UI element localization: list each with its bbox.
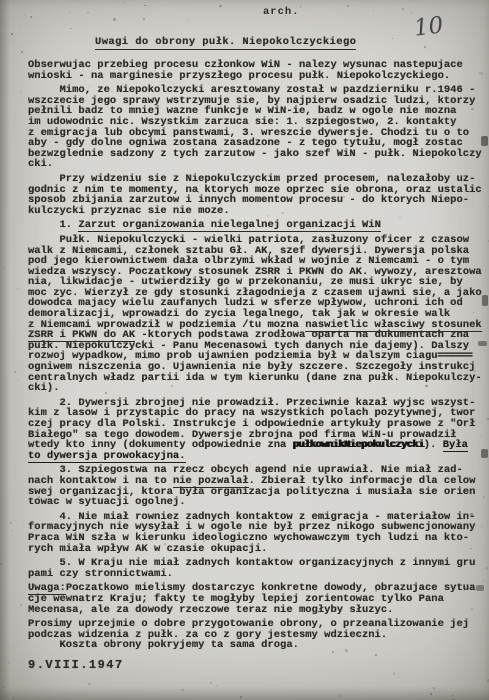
noise-speck bbox=[375, 654, 377, 656]
noise-speck bbox=[153, 292, 154, 293]
noise-speck bbox=[393, 672, 395, 674]
noise-speck bbox=[482, 580, 484, 582]
para-uwaga: Uwaga:Poczatkowo mielismy dostarczyc kon… bbox=[28, 583, 489, 615]
noise-speck bbox=[333, 267, 335, 269]
document-body: Obserwujac przebieg procesu członkow WiN… bbox=[28, 60, 489, 651]
noise-speck bbox=[344, 197, 345, 198]
noise-speck bbox=[35, 390, 36, 391]
para-aresztowanie: Mimo, ze Niepokolczycki aresztowany zost… bbox=[28, 85, 489, 170]
noise-speck bbox=[373, 10, 375, 12]
noise-speck bbox=[7, 516, 8, 517]
noise-speck bbox=[219, 5, 222, 8]
archive-stamp: arch. bbox=[263, 6, 300, 18]
noise-speck bbox=[267, 215, 268, 216]
noise-speck bbox=[81, 263, 82, 264]
noise-speck bbox=[125, 505, 126, 506]
ink-blot bbox=[481, 136, 488, 146]
noise-speck bbox=[402, 8, 405, 11]
noise-speck bbox=[20, 26, 21, 27]
noise-speck bbox=[424, 46, 426, 48]
noise-speck bbox=[30, 16, 32, 18]
noise-speck bbox=[365, 65, 367, 67]
noise-speck bbox=[238, 341, 239, 342]
noise-speck bbox=[486, 567, 488, 569]
noise-speck bbox=[339, 695, 341, 697]
para-zarzut-2: 2. Dywersji zbrojnej nie prowadził. Prze… bbox=[28, 398, 489, 462]
noise-speck bbox=[347, 5, 349, 7]
text-line: to dywersja prowokacyjna. bbox=[28, 451, 489, 462]
ink-blot bbox=[476, 585, 484, 591]
noise-speck bbox=[10, 522, 12, 524]
noise-speck bbox=[342, 117, 345, 120]
noise-speck bbox=[272, 115, 273, 116]
noise-speck bbox=[87, 12, 89, 14]
noise-speck bbox=[210, 682, 212, 684]
noise-speck bbox=[136, 181, 138, 183]
text-line: 1. Zarzut organizowania nielegalnej orga… bbox=[28, 220, 489, 231]
noise-speck bbox=[470, 513, 473, 516]
noise-speck bbox=[124, 2, 125, 3]
noise-speck bbox=[285, 15, 286, 16]
noise-speck bbox=[168, 404, 170, 406]
noise-speck bbox=[0, 563, 1, 564]
scan-bottom-shadow bbox=[0, 686, 489, 700]
noise-speck bbox=[24, 14, 25, 15]
noise-speck bbox=[144, 5, 146, 7]
noise-speck bbox=[411, 12, 413, 14]
text-line: cki). bbox=[28, 383, 489, 394]
noise-speck bbox=[481, 435, 482, 436]
para-zarzut-4: 4. Nie miał rowniez zadnych kontaktow z … bbox=[28, 512, 489, 554]
text-line: centralnych władz partii ida w tym kieru… bbox=[28, 373, 489, 384]
noise-speck bbox=[70, 28, 72, 30]
text-line: Koszta obrony pokryjemy ta sama droga. bbox=[28, 640, 489, 651]
noise-speck bbox=[14, 371, 16, 373]
noise-speck bbox=[20, 91, 21, 92]
noise-speck bbox=[187, 19, 188, 20]
noise-speck bbox=[235, 601, 237, 603]
intro: Obserwujac przebieg procesu członkow WiN… bbox=[28, 60, 489, 81]
noise-speck bbox=[399, 677, 400, 678]
noise-speck bbox=[113, 18, 116, 21]
para-zarzut-3: 3. Szpiegostwa na rzecz obcych agend nie… bbox=[28, 465, 489, 507]
noise-speck bbox=[471, 108, 473, 110]
noise-speck bbox=[143, 18, 145, 20]
noise-speck bbox=[268, 225, 270, 227]
noise-speck bbox=[430, 693, 432, 695]
text-line: towac w sytuacji ogolnej. bbox=[28, 497, 489, 508]
text-line: cki. bbox=[28, 159, 489, 170]
noise-speck bbox=[379, 176, 380, 177]
noise-speck bbox=[11, 530, 12, 531]
text-line: kulczycki przyznac sie nie moze. bbox=[28, 206, 489, 217]
noise-speck bbox=[471, 608, 473, 610]
noise-speck bbox=[375, 589, 377, 591]
noise-speck bbox=[392, 38, 393, 39]
noise-speck bbox=[217, 360, 218, 361]
noise-speck bbox=[20, 604, 22, 606]
noise-speck bbox=[345, 649, 347, 651]
noise-speck bbox=[433, 687, 435, 689]
noise-speck bbox=[17, 288, 19, 290]
text-line: wnioski - na marginesie przyszłego proce… bbox=[28, 71, 489, 82]
noise-speck bbox=[21, 51, 23, 53]
noise-speck bbox=[219, 247, 221, 249]
noise-speck bbox=[89, 85, 91, 87]
para-zarzut-1: Pułk. Niepokulczycki - wielki patriota, … bbox=[28, 235, 489, 394]
ink-blot bbox=[481, 449, 488, 458]
scanned-document-page: arch. 10 Uwagi do obrony pułk. Niepokolc… bbox=[0, 0, 489, 700]
noise-speck bbox=[425, 385, 427, 387]
heading-zarzut-1: 1. Zarzut organizowania nielegalnej orga… bbox=[28, 220, 489, 231]
para-widzenie: Przy widzeniu sie z Niepokulczyckim prze… bbox=[28, 174, 489, 216]
noise-speck bbox=[301, 175, 302, 176]
noise-speck bbox=[141, 612, 142, 613]
noise-speck bbox=[332, 651, 334, 653]
noise-speck bbox=[171, 385, 173, 387]
noise-speck bbox=[366, 216, 367, 217]
noise-speck bbox=[288, 362, 289, 363]
para-prosba: Prosimy uprzejmie o dobre przygotowanie … bbox=[28, 619, 489, 651]
ink-blot bbox=[482, 295, 488, 306]
noise-speck bbox=[3, 267, 5, 269]
noise-speck bbox=[123, 62, 124, 63]
scan-edge-shadow bbox=[0, 0, 10, 700]
text-line: pami czy stronnictwami. bbox=[28, 569, 489, 580]
handwritten-page-number: 10 bbox=[412, 12, 444, 41]
noise-speck bbox=[300, 6, 302, 8]
noise-speck bbox=[18, 379, 19, 380]
text-line: rych miała wpływ AK w czasie okupacji. bbox=[28, 544, 489, 555]
para-zarzut-5: 5. W Kraju nie miał zadnych kontaktow or… bbox=[28, 558, 489, 579]
noise-speck bbox=[11, 33, 13, 35]
text-line: bezwzglednie sadzony z tych zarzutow - j… bbox=[28, 149, 489, 160]
text-line: Mecenasa, ale za dowody rzeczowe teraz n… bbox=[28, 605, 489, 616]
document-date: 9.VIII.1947 bbox=[28, 658, 124, 672]
ink-blot bbox=[478, 341, 487, 346]
noise-speck bbox=[13, 697, 15, 699]
document-title: Uwagi do obrony pułk. Niepokolczyckiego bbox=[95, 36, 356, 50]
noise-speck bbox=[167, 317, 169, 319]
noise-speck bbox=[310, 482, 311, 483]
noise-speck bbox=[38, 496, 40, 498]
noise-speck bbox=[69, 12, 70, 13]
noise-speck bbox=[6, 413, 7, 414]
